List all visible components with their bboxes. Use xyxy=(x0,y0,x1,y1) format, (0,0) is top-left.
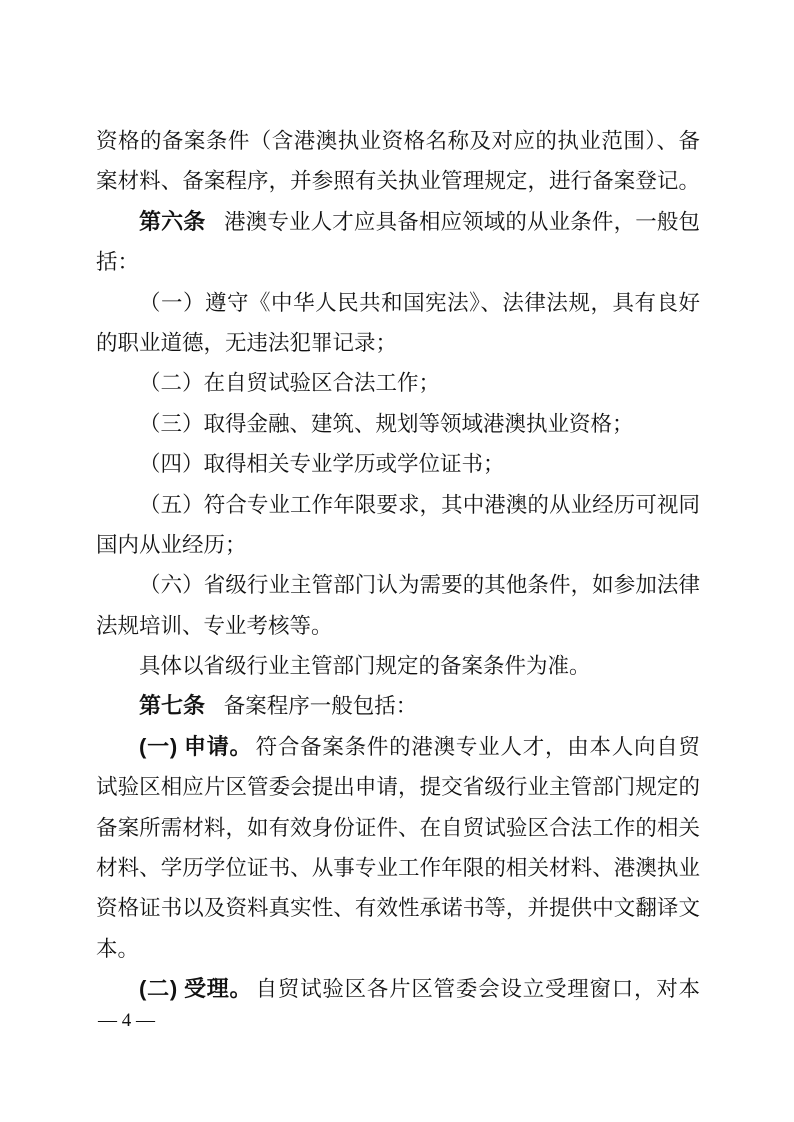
text-line: 法规培训、专业考核等。 xyxy=(96,606,700,646)
text-line: (一) 申请。符合备案条件的港澳专业人才，由本人向自贸 xyxy=(96,727,700,767)
line-text: （三）取得金融、建筑、规划等领域港澳执业资格； xyxy=(139,412,634,436)
text-line: （五）符合专业工作年限要求，其中港澳的从业经历可视同 xyxy=(96,485,700,525)
text-line: （四）取得相关专业学历或学位证书； xyxy=(96,444,700,484)
line-text: 资格的备案条件（含港澳执业资格名称及对应的执业范围）、备 xyxy=(96,129,700,153)
line-text: 备案程序一般包括： xyxy=(224,694,418,718)
line-text: 试验区相应片区管委会提出申请，提交省级行业主管部门规定的 xyxy=(96,775,700,799)
line-text: 具体以省级行业主管部门规定的备案条件为准。 xyxy=(139,654,591,678)
text-line: 第七条备案程序一般包括： xyxy=(96,686,700,726)
line-text: 国内从业经历； xyxy=(96,533,247,557)
item-heading: (二) 受理。 xyxy=(139,976,252,1001)
line-text: 括： xyxy=(96,250,139,274)
text-line: 国内从业经历； xyxy=(96,525,700,565)
text-line: 备案所需材料，如有效身份证件、在自贸试验区合法工作的相关 xyxy=(96,808,700,848)
line-text: 港澳专业人才应具备相应领域的从业条件，一般包 xyxy=(224,210,700,234)
text-line: （三）取得金融、建筑、规划等领域港澳执业资格； xyxy=(96,404,700,444)
text-line: 本。 xyxy=(96,929,700,969)
line-text: 材料、学历学位证书、从事专业工作年限的相关材料、港澳执业 xyxy=(96,856,700,880)
line-text: 的职业道德，无违法犯罪记录； xyxy=(96,331,397,355)
text-line: （二）在自贸试验区合法工作； xyxy=(96,363,700,403)
line-text: 案材料、备案程序，并参照有关执业管理规定，进行备案登记。 xyxy=(96,169,700,193)
document-page: 资格的备案条件（含港澳执业资格名称及对应的执业范围）、备 案材料、备案程序，并参… xyxy=(0,0,794,1122)
document-body: 资格的备案条件（含港澳执业资格名称及对应的执业范围）、备 案材料、备案程序，并参… xyxy=(96,121,700,1010)
line-text: （五）符合专业工作年限要求，其中港澳的从业经历可视同 xyxy=(139,493,700,517)
line-text: 本。 xyxy=(96,937,139,961)
text-line: 具体以省级行业主管部门规定的备案条件为准。 xyxy=(96,646,700,686)
text-line: 括： xyxy=(96,242,700,282)
article-heading: 第六条 xyxy=(139,209,205,234)
text-line: （六）省级行业主管部门认为需要的其他条件，如参加法律 xyxy=(96,565,700,605)
item-heading: (一) 申请。 xyxy=(139,734,252,759)
page-number: — 4 — xyxy=(98,1006,155,1036)
text-line: 的职业道德，无违法犯罪记录； xyxy=(96,323,700,363)
line-text: 自贸试验区各片区管委会设立受理窗口，对本 xyxy=(256,977,700,1001)
text-line: 材料、学历学位证书、从事专业工作年限的相关材料、港澳执业 xyxy=(96,848,700,888)
line-text: （二）在自贸试验区合法工作； xyxy=(139,371,440,395)
line-text: （四）取得相关专业学历或学位证书； xyxy=(139,452,505,476)
text-line: 资格的备案条件（含港澳执业资格名称及对应的执业范围）、备 xyxy=(96,121,700,161)
text-line: （一）遵守《中华人民共和国宪法》、法律法规，具有良好 xyxy=(96,283,700,323)
text-line: 第六条港澳专业人才应具备相应领域的从业条件，一般包 xyxy=(96,202,700,242)
article-heading: 第七条 xyxy=(139,693,205,718)
text-line: 资格证书以及资料真实性、有效性承诺书等，并提供中文翻译文 xyxy=(96,888,700,928)
text-line: 试验区相应片区管委会提出申请，提交省级行业主管部门规定的 xyxy=(96,767,700,807)
text-line: (二) 受理。自贸试验区各片区管委会设立受理窗口，对本 xyxy=(96,969,700,1009)
line-text: 符合备案条件的港澳专业人才，由本人向自贸 xyxy=(256,735,700,759)
line-text: （一）遵守《中华人民共和国宪法》、法律法规，具有良好 xyxy=(139,291,700,315)
line-text: （六）省级行业主管部门认为需要的其他条件，如参加法律 xyxy=(139,573,700,597)
text-line: 案材料、备案程序，并参照有关执业管理规定，进行备案登记。 xyxy=(96,161,700,201)
line-text: 备案所需材料，如有效身份证件、在自贸试验区合法工作的相关 xyxy=(96,816,700,840)
line-text: 法规培训、专业考核等。 xyxy=(96,614,333,638)
line-text: 资格证书以及资料真实性、有效性承诺书等，并提供中文翻译文 xyxy=(96,896,700,920)
